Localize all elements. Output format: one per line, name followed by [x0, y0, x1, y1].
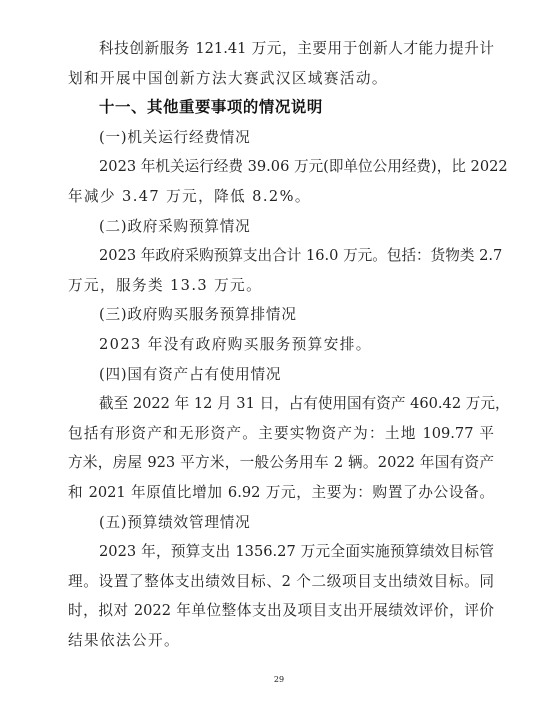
subsection-heading: (三)政府购买服务预算排情况 — [68, 300, 494, 330]
body-text-line: 划和开展中国创新方法大赛武汉区域赛活动。 — [68, 64, 494, 94]
page-number: 29 — [0, 675, 558, 684]
subsection-heading: (一)机关运行经费情况 — [68, 123, 494, 153]
body-text-line: 2023 年机关运行经费 39.06 万元(即单位公用经费)，比 2022 — [68, 152, 494, 182]
subsection-heading: (五)预算绩效管理情况 — [68, 508, 494, 538]
subsection-heading: (四)国有资产占有使用情况 — [68, 360, 494, 390]
body-text-line: 和 2021 年原值比增加 6.92 万元，主要为：购置了办公设备。 — [68, 478, 494, 508]
body-text-line: 包括有形资产和无形资产。主要实物资产为：土地 109.77 平 — [68, 419, 494, 449]
document-page: 科技创新服务 121.41 万元，主要用于创新人才能力提升计 划和开展中国创新方… — [68, 34, 494, 655]
body-text-line: 方米，房屋 923 平方米，一般公务用车 2 辆。2022 年国有资产 — [68, 448, 494, 478]
body-text-line: 时，拟对 2022 年单位整体支出及项目支出开展绩效评价，评价 — [68, 596, 494, 626]
subsection-heading: (二)政府采购预算情况 — [68, 212, 494, 242]
body-text-line: 理。设置了整体支出绩效目标、2 个二级项目支出绩效目标。同 — [68, 567, 494, 597]
body-text-line: 2023 年没有政府购买服务预算安排。 — [68, 330, 494, 360]
body-text-line: 2023 年政府采购预算支出合计 16.0 万元。包括：货物类 2.7 — [68, 241, 494, 271]
body-text-line: 年减少 3.47 万元，降低 8.2%。 — [68, 182, 494, 212]
body-text-line: 科技创新服务 121.41 万元，主要用于创新人才能力提升计 — [68, 34, 494, 64]
body-text-line: 万元，服务类 13.3 万元。 — [68, 271, 494, 301]
body-text-line: 截至 2022 年 12 月 31 日，占有使用国有资产 460.42 万元， — [68, 389, 494, 419]
body-text-line: 结果依法公开。 — [68, 626, 494, 656]
section-heading: 十一、其他重要事项的情况说明 — [68, 93, 494, 123]
body-text-line: 2023 年，预算支出 1356.27 万元全面实施预算绩效目标管 — [68, 537, 494, 567]
